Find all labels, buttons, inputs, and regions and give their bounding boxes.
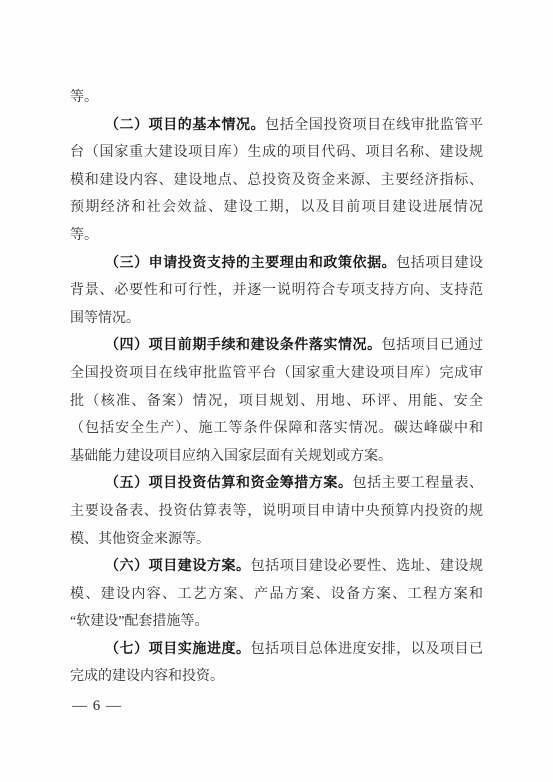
page-number: — 6 — bbox=[72, 698, 122, 715]
text-line: 围等情况。 bbox=[70, 305, 483, 333]
line-text: “软建设”配套措施等。 bbox=[70, 614, 208, 629]
text-line: “软建设”配套措施等。 bbox=[70, 608, 483, 636]
line-text: 模、其他资金来源等。 bbox=[70, 532, 210, 547]
section-heading: （三）申请投资支持的主要理由和政策依据。 bbox=[105, 256, 396, 271]
line-text: 围等情况。 bbox=[70, 311, 140, 326]
line-text: 包括项目建设 bbox=[396, 256, 483, 271]
text-line: 批（核准、备案）情况，项目规划、用地、环评、用能、安全 bbox=[70, 388, 483, 416]
line-text: 批（核准、备案）情况，项目规划、用地、环评、用能、安全 bbox=[70, 394, 483, 409]
line-text: （包括安全生产）、施工等条件保障和落实情况。碳达峰碳中和 bbox=[70, 421, 483, 436]
line-text: 包括项目建设必要性、选址、建设规 bbox=[251, 559, 483, 574]
text-line: （四）项目前期手续和建设条件落实情况。包括项目已通过 bbox=[70, 332, 483, 360]
line-text: 等。 bbox=[70, 228, 98, 243]
line-text: 包括主要工程量表、 bbox=[353, 476, 483, 491]
text-line: 等。 bbox=[70, 84, 483, 112]
text-line: 预期经济和社会效益、建设工期，以及目前项目建设进展情况 bbox=[70, 194, 483, 222]
text-line: （二）项目的基本情况。包括全国投资项目在线审批监管平 bbox=[70, 112, 483, 140]
line-text: 背景、必要性和可行性，并逐一说明符合专项支持方向、支持范 bbox=[70, 283, 483, 298]
line-text: 全国投资项目在线审批监管平台（国家重大建设项目库）完成审 bbox=[70, 366, 483, 381]
line-text: 模、建设内容、工艺方案、产品方案、设备方案、工程方案和 bbox=[70, 587, 483, 602]
line-text: 预期经济和社会效益、建设工期，以及目前项目建设进展情况 bbox=[70, 200, 483, 215]
line-text: 完成的建设内容和投资。 bbox=[70, 669, 224, 684]
text-line: 基础能力建设项目应纳入国家层面有关规划或方案。 bbox=[70, 443, 483, 471]
text-line: （六）项目建设方案。包括项目建设必要性、选址、建设规 bbox=[70, 553, 483, 581]
document-page: 等。 （二）项目的基本情况。包括全国投资项目在线审批监管平 台（国家重大建设项目… bbox=[0, 0, 553, 782]
section-heading: （六）项目建设方案。 bbox=[105, 559, 251, 574]
text-line: 台（国家重大建设项目库）生成的项目代码、项目名称、建设规 bbox=[70, 139, 483, 167]
section-heading: （五）项目投资估算和资金筹措方案。 bbox=[105, 476, 353, 491]
document-body: 等。 （二）项目的基本情况。包括全国投资项目在线审批监管平 台（国家重大建设项目… bbox=[70, 84, 483, 691]
text-line: （包括安全生产）、施工等条件保障和落实情况。碳达峰碳中和 bbox=[70, 415, 483, 443]
text-line: 模、其他资金来源等。 bbox=[70, 526, 483, 554]
line-text: 包括全国投资项目在线审批监管平 bbox=[265, 118, 483, 133]
line-text: 包括项目已通过 bbox=[382, 338, 483, 353]
text-line: 模和建设内容、建设地点、总投资及资金来源、主要经济指标、 bbox=[70, 167, 483, 195]
section-heading: （七）项目实施进度。 bbox=[105, 642, 251, 657]
text-line: 等。 bbox=[70, 222, 483, 250]
text-line: 背景、必要性和可行性，并逐一说明符合专项支持方向、支持范 bbox=[70, 277, 483, 305]
text-line: （七）项目实施进度。包括项目总体进度安排，以及项目已 bbox=[70, 636, 483, 664]
line-text: 台（国家重大建设项目库）生成的项目代码、项目名称、建设规 bbox=[70, 145, 483, 160]
text-line: 模、建设内容、工艺方案、产品方案、设备方案、工程方案和 bbox=[70, 581, 483, 609]
line-text: 主要设备表、投资估算表等，说明项目申请中央预算内投资的规 bbox=[70, 504, 483, 519]
line-text: 等。 bbox=[70, 90, 98, 105]
line-text: 包括项目总体进度安排，以及项目已 bbox=[251, 642, 483, 657]
text-line: 全国投资项目在线审批监管平台（国家重大建设项目库）完成审 bbox=[70, 360, 483, 388]
line-text: 基础能力建设项目应纳入国家层面有关规划或方案。 bbox=[70, 449, 392, 464]
text-line: （五）项目投资估算和资金筹措方案。包括主要工程量表、 bbox=[70, 470, 483, 498]
text-line: 完成的建设内容和投资。 bbox=[70, 663, 483, 691]
section-heading: （四）项目前期手续和建设条件落实情况。 bbox=[105, 338, 382, 353]
section-heading: （二）项目的基本情况。 bbox=[105, 118, 265, 133]
line-text: 模和建设内容、建设地点、总投资及资金来源、主要经济指标、 bbox=[70, 173, 483, 188]
text-line: （三）申请投资支持的主要理由和政策依据。包括项目建设 bbox=[70, 250, 483, 278]
text-line: 主要设备表、投资估算表等，说明项目申请中央预算内投资的规 bbox=[70, 498, 483, 526]
